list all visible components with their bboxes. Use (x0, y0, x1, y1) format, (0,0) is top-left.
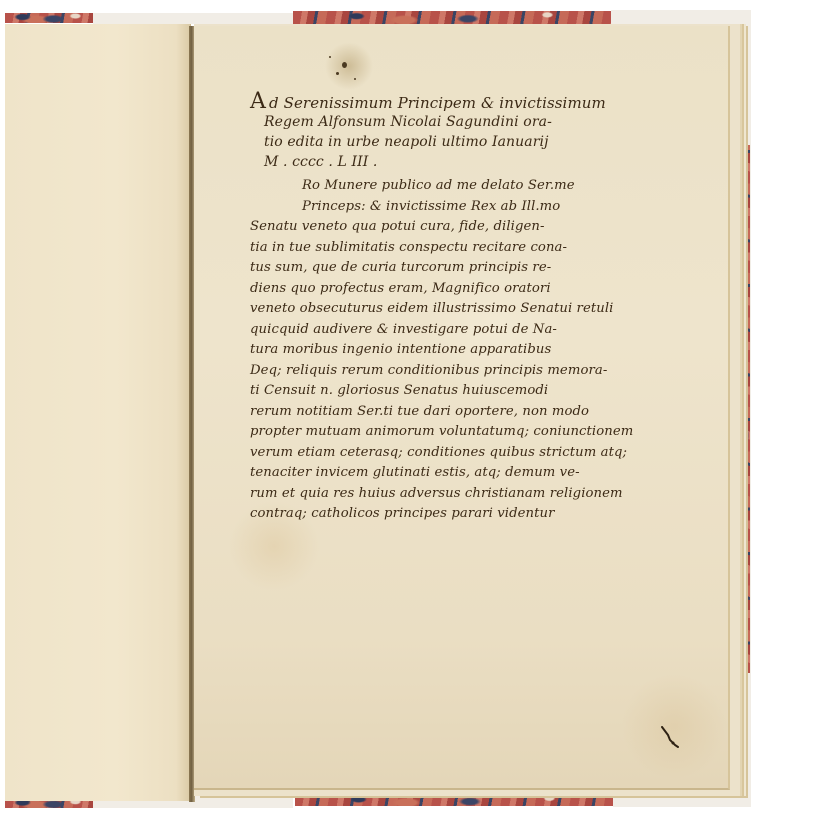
board-top-right (611, 10, 751, 24)
body-line: Senatu veneto qua potui cura, fide, dili… (250, 217, 690, 238)
decorated-initial: A (250, 89, 266, 114)
foxing-stain (329, 56, 331, 58)
body-line: ti Censuit n. gloriosus Senatus huiuscem… (250, 381, 690, 402)
body-line: tenaciter invicem glutinati estis, atq; … (250, 463, 690, 484)
body-line: tura moribus ingenio intentione apparati… (250, 340, 690, 361)
left-blank-page (5, 24, 191, 801)
ink-blot-icon (661, 726, 679, 748)
body-line: rum et quia res huius adversus christian… (250, 484, 690, 505)
foxing-stain (336, 72, 339, 75)
heading-line: tio edita in urbe neapoli ultimo Ianuari… (250, 132, 690, 152)
board-top-spine (93, 13, 293, 24)
heading-line-date: M . cccc . L III . (250, 152, 690, 172)
marbled-board-top-right (293, 11, 611, 24)
body-line: Deq; reliquis rerum conditionibus princi… (250, 361, 690, 382)
body-line: contraq; catholicos principes parari vid… (250, 504, 690, 525)
board-bottom-right (613, 795, 751, 807)
manuscript-page: Ad Serenissimum Principem & invictissimu… (194, 26, 730, 790)
body-line: Ro Munere publico ad me delato Ser.me (250, 176, 690, 197)
foxing-stain (342, 62, 347, 68)
manuscript-text-block: Ad Serenissimum Principem & invictissimu… (250, 92, 690, 525)
body-line: diens quo profectus eram, Magnifico orat… (250, 279, 690, 300)
marbled-board-bottom-right (295, 795, 613, 806)
body-line: tia in tue sublimitatis conspectu recita… (250, 238, 690, 259)
heading-line: Ad Serenissimum Principem & invictissimu… (250, 92, 690, 112)
marbled-board-top-left (5, 13, 93, 23)
body-line: quicquid audivere & investigare potui de… (250, 320, 690, 341)
heading-line: Regem Alfonsum Nicolai Sagundini ora- (250, 112, 690, 132)
body-line: Princeps: & invictissime Rex ab Ill.mo (250, 197, 690, 218)
body-line: rerum notitiam Ser.ti tue dari oportere,… (250, 402, 690, 423)
foxing-stain (354, 78, 356, 80)
body-line: veneto obsecuturus eidem illustrissimo S… (250, 299, 690, 320)
body-line: tus sum, que de curia turcorum principis… (250, 258, 690, 279)
body-line: verum etiam ceterasq; conditiones quibus… (250, 443, 690, 464)
body-line: propter mutuam animorum voluntatumq; con… (250, 422, 690, 443)
manuscript-photograph: Ad Serenissimum Principem & invictissimu… (0, 0, 820, 820)
